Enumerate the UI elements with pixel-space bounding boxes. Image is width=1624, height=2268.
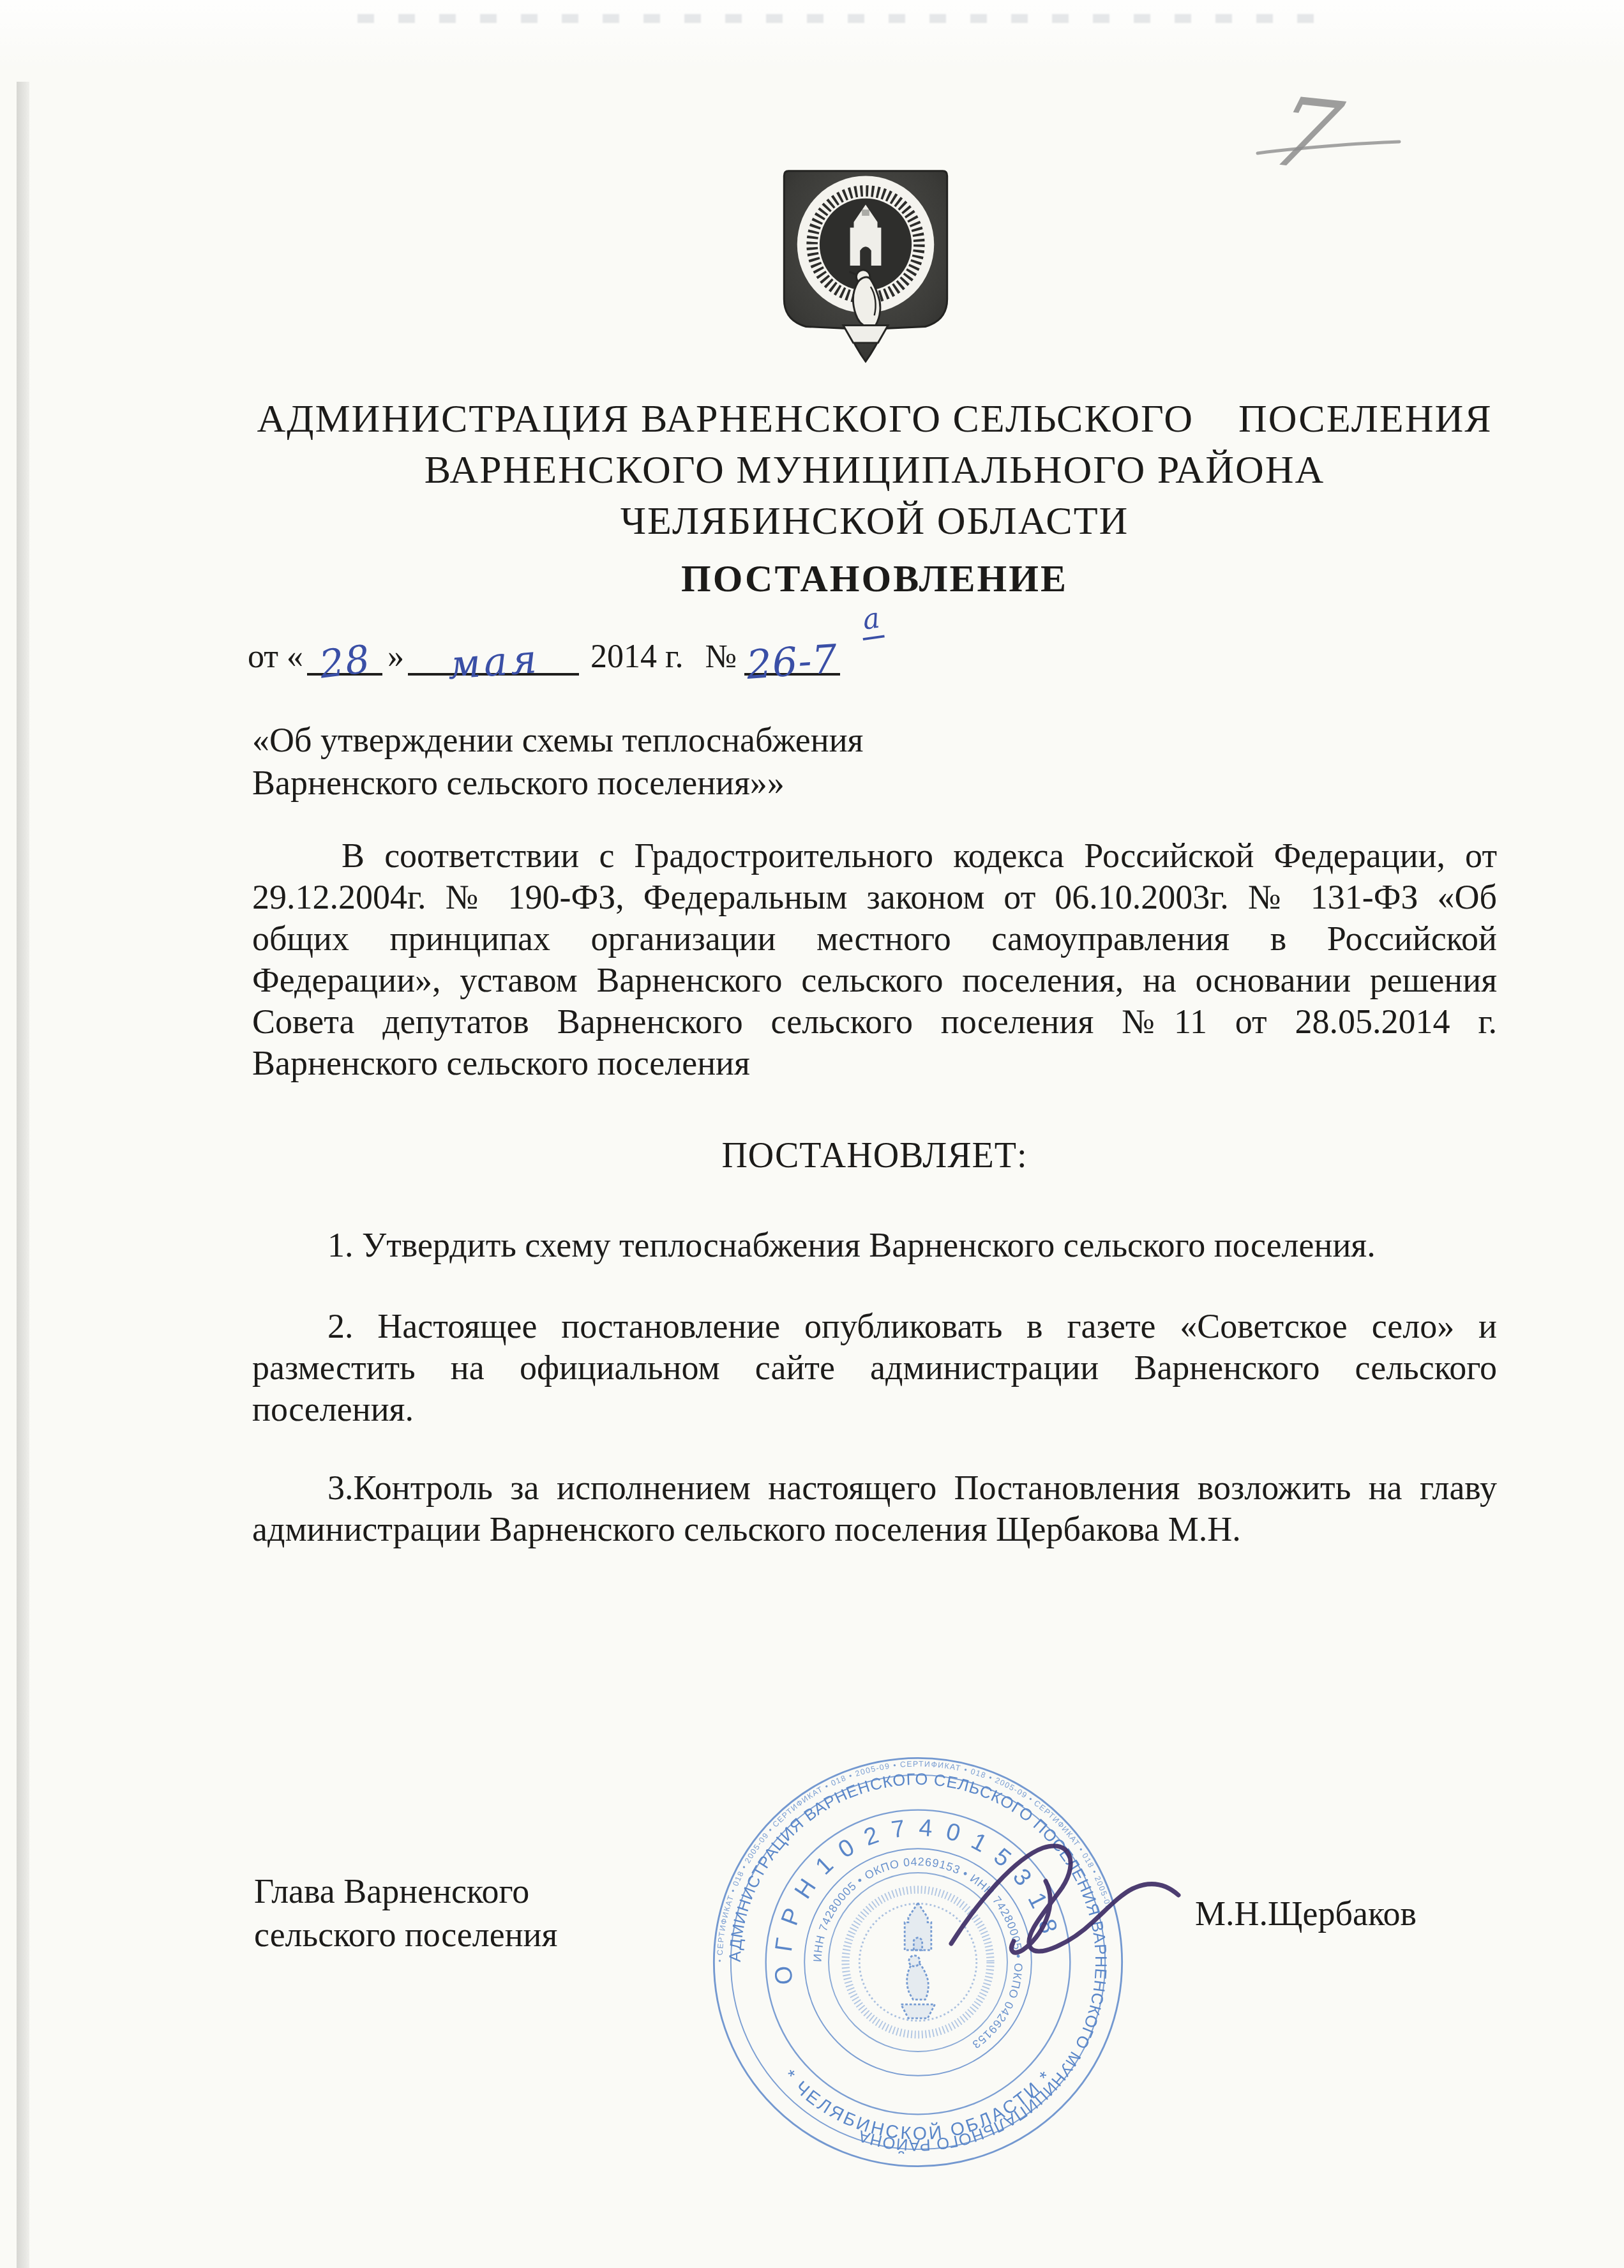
subject-block: «Об утверждении схемы теплоснабжения Вар… <box>252 719 1497 805</box>
preamble-line-5: Совета депутатов Варненского сельского п… <box>252 1001 1497 1043</box>
seal-falcon-icon <box>907 1956 929 2000</box>
subject-line-2: Варненского сельского поселения»» <box>252 762 1497 805</box>
signatory-title-line-1: Глава Варненского <box>254 1870 557 1913</box>
pencil-page-number: 7 <box>1238 82 1417 203</box>
document-page: 7 АДМИНИСТРАЦИ <box>0 0 1624 2268</box>
date-day-handwritten: 28 <box>317 637 373 687</box>
item-2: 2. Настоящее постановление опубликовать … <box>252 1306 1497 1430</box>
signatory-title-line-2: сельского поселения <box>254 1913 557 1956</box>
preamble-line-2: 29.12.2004г. № 190-ФЗ, Федеральным закон… <box>252 877 1497 918</box>
org-header: АДМИНИСТРАЦИЯ ВАРНЕНСКОГО СЕЛЬСКОГО ПОСЕ… <box>190 393 1560 547</box>
date-close-quote: » <box>387 639 404 676</box>
date-number-handwritten: 26-7 <box>745 635 839 688</box>
item-2-line-3: поселения. <box>252 1389 1497 1430</box>
preamble: В соответствии с Градостроительного коде… <box>252 835 1497 1084</box>
coat-pedestal <box>843 326 888 343</box>
item-1: 1. Утвердить схему теплоснабжения Варнен… <box>252 1225 1497 1266</box>
item-3-line-1: 3.Контроль за исполнением настоящего Пос… <box>252 1467 1497 1509</box>
date-prefix: от « <box>248 639 303 676</box>
date-number-underline: 26-7а <box>744 636 840 676</box>
item-2-line-1: 2. Настоящее постановление опубликовать … <box>252 1306 1497 1347</box>
org-name-line-3: ЧЕЛЯБИНСКОЙ ОБЛАСТИ <box>190 495 1560 547</box>
seal-pedestal <box>901 2004 935 2018</box>
doc-type-title: ПОСТАНОВЛЕНИЕ <box>190 557 1560 601</box>
signature-stroke <box>933 1812 1189 1991</box>
date-number-suffix-handwritten: а <box>858 601 885 640</box>
date-month-handwritten: мая <box>446 635 541 688</box>
scan-top-band <box>0 0 1624 70</box>
date-number-label: № <box>705 639 737 676</box>
preamble-line-1: В соответствии с Градостроительного коде… <box>252 835 1497 877</box>
item-3: 3.Контроль за исполнением настоящего Пос… <box>252 1467 1497 1550</box>
seal-tower-icon <box>905 1903 931 1950</box>
scan-edge-shadow <box>17 82 29 2268</box>
preamble-line-3: общих принципах организации местного сам… <box>252 918 1497 960</box>
org-name-line-1: АДМИНИСТРАЦИЯ ВАРНЕНСКОГО СЕЛЬСКОГО ПОСЕ… <box>190 393 1560 444</box>
coat-of-arms <box>771 165 960 364</box>
preamble-line-4: Федерации», уставом Варненского сельског… <box>252 960 1497 1001</box>
preamble-line-6: Варненского сельского поселения <box>252 1043 1497 1084</box>
seal-region-text: * ЧЕЛЯБИНСКОЙ ОБЛАСТИ * <box>779 2066 1057 2144</box>
item-1-line-1: 1. Утвердить схему теплоснабжения Варнен… <box>252 1225 1497 1266</box>
date-month-underline: мая <box>408 636 579 676</box>
signatory-title: Глава Варненского сельского поселения <box>254 1870 557 1956</box>
scan-top-streaks <box>357 14 1315 23</box>
item-3-line-2: администрации Варненского сельского посе… <box>252 1509 1497 1550</box>
org-name-line-2: ВАРНЕНСКОГО МУНИЦИПАЛЬНОГО РАЙОНА <box>190 444 1560 495</box>
signatory-name: М.Н.Щербаков <box>1195 1894 1417 1933</box>
item-2-line-2: разместить на официальном сайте админист… <box>252 1347 1497 1389</box>
resolves-heading: ПОСТАНОВЛЯЕТ: <box>252 1135 1497 1176</box>
date-day-underline: 28 <box>307 636 382 676</box>
subject-line-1: «Об утверждении схемы теплоснабжения <box>252 719 1497 762</box>
date-line: от « 28 » мая 2014 г. № 26-7а <box>248 636 840 676</box>
date-year: 2014 г. <box>590 639 683 676</box>
svg-text:* ЧЕЛЯБИНСКОЙ ОБЛАСТИ *: * ЧЕЛЯБИНСКОЙ ОБЛАСТИ * <box>779 2066 1057 2144</box>
